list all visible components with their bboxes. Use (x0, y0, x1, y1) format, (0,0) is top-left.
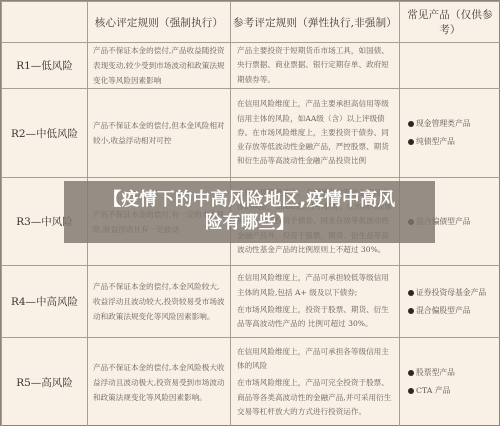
reference-rule-cell: 在信用风险维度上，产品可承担各等级信用主体的风险 在市场风险维度上，产品可完全投… (231, 338, 400, 426)
bullet-icon (408, 388, 414, 394)
bullet-icon (408, 290, 414, 296)
reference-rule-text: 在信用风险维度上，产品可承担较低等级信用主体的风险,包括 A+ 级及以下债券; (237, 271, 395, 300)
product-label: 股票型产品 (416, 367, 455, 379)
header-level (2, 2, 88, 43)
reference-rule-cell: 在信用风险维度上，产品主要承担高信用等级信用主体的风险，如AA级（含）以上评级债… (231, 89, 400, 178)
table-row: R1—低风险 产品不保证本金的偿付,产品收益随投资表现变动,较少受到市场波动和政… (2, 43, 500, 89)
reference-rule-text: 在市场风险维度上，产品可完全投资于股票、商品等各类高波动性的金融产品,并可采用衍… (237, 376, 395, 419)
product-item: 证券投资母基金产品 (408, 287, 500, 299)
reference-rule-cell: 在信用风险维度上，产品可承担较低等级信用主体的风险,包括 A+ 级及以下债券; … (231, 266, 400, 338)
products-cell: 现金管理类产品 纯债型产品 (400, 89, 500, 178)
reference-rule-text: 产品主要投资于短期货币市场工具，如国债、央行票据、商业票据、银行定期存单、政府短… (237, 44, 395, 87)
bullet-icon (408, 370, 414, 376)
bullet-icon (408, 308, 414, 314)
products-cell: 证券投资母基金产品 混合偏股型产品 (400, 266, 500, 338)
reference-rule-text: 在信用风险维度上，产品可承担各等级信用主体的风险 (237, 345, 395, 374)
title-overlay-line-1: 【疫情下的中高风险地区,疫情中高风 (64, 189, 435, 212)
core-rule-cell: 产品不保证本金的偿付,本金风险较大,收益浮动且波动较大,投资较易受市场波动和政策… (88, 266, 231, 338)
product-item: 股票型产品 (408, 367, 500, 379)
bullet-icon (408, 121, 414, 127)
products-cell: 股票型产品 CTA 产品 (400, 338, 500, 426)
core-rule-cell: 产品不保证本金的偿付,但本金风险相对较小,收益浮动相对可控 (88, 89, 231, 178)
reference-rule-cell: 产品主要投资于短期货币市场工具，如国债、央行票据、商业票据、银行定期存单、政府短… (231, 43, 400, 89)
risk-level-cell: R4—中高风险 (2, 266, 88, 338)
core-rule-cell: 产品不保证本金的偿付,本金风险极大收益浮动且波动极大,投资易受到市场波动和政策法… (88, 338, 231, 426)
product-item: CTA 产品 (408, 385, 500, 397)
table-row: R2—中低风险 产品不保证本金的偿付,但本金风险相对较小,收益浮动相对可控 在信… (2, 89, 500, 178)
reference-rule-text: 在信用风险维度上，产品主要承担高信用等级信用主体的风险，如AA级（含）以上评级债… (237, 97, 395, 168)
product-label: CTA 产品 (416, 385, 450, 397)
title-overlay-line-2: 险有哪些】 (64, 212, 435, 235)
bullet-icon (408, 139, 414, 145)
table-header-row: 核心评定规则（强制执行） 参考评定规则（弹性执行,非强制） 常见产品（仅供参考） (2, 2, 500, 43)
product-label: 现金管理类产品 (416, 118, 471, 130)
products-cell (400, 43, 500, 89)
reference-rule-text: 在市场风险维度上，投资于股票、期货、衍生品等高波动性产品的 比例可超过 30%。 (237, 303, 395, 332)
header-reference-rules: 参考评定规则（弹性执行,非强制） (231, 2, 400, 43)
product-item: 现金管理类产品 (408, 118, 500, 130)
header-core-rules: 核心评定规则（强制执行） (88, 2, 231, 43)
product-item: 纯债型产品 (408, 136, 500, 148)
table-row: R4—中高风险 产品不保证本金的偿付,本金风险较大,收益浮动且波动较大,投资较易… (2, 266, 500, 338)
risk-level-cell: R2—中低风险 (2, 89, 88, 178)
product-label: 混合偏股型产品 (416, 305, 471, 317)
product-item: 混合偏股型产品 (408, 305, 500, 317)
product-label: 证券投资母基金产品 (416, 287, 486, 299)
risk-level-cell: R1—低风险 (2, 43, 88, 89)
table-row: R5—高风险 产品不保证本金的偿付,本金风险极大收益浮动且波动极大,投资易受到市… (2, 338, 500, 426)
product-label: 纯债型产品 (416, 136, 455, 148)
risk-level-cell: R5—高风险 (2, 338, 88, 426)
core-rule-cell: 产品不保证本金的偿付,产品收益随投资表现变动,较少受到市场波动和政策法规变化等风… (88, 43, 231, 89)
title-overlay: 【疫情下的中高风险地区,疫情中高风 险有哪些】 (64, 181, 435, 243)
header-common-products: 常见产品（仅供参考） (400, 2, 500, 43)
